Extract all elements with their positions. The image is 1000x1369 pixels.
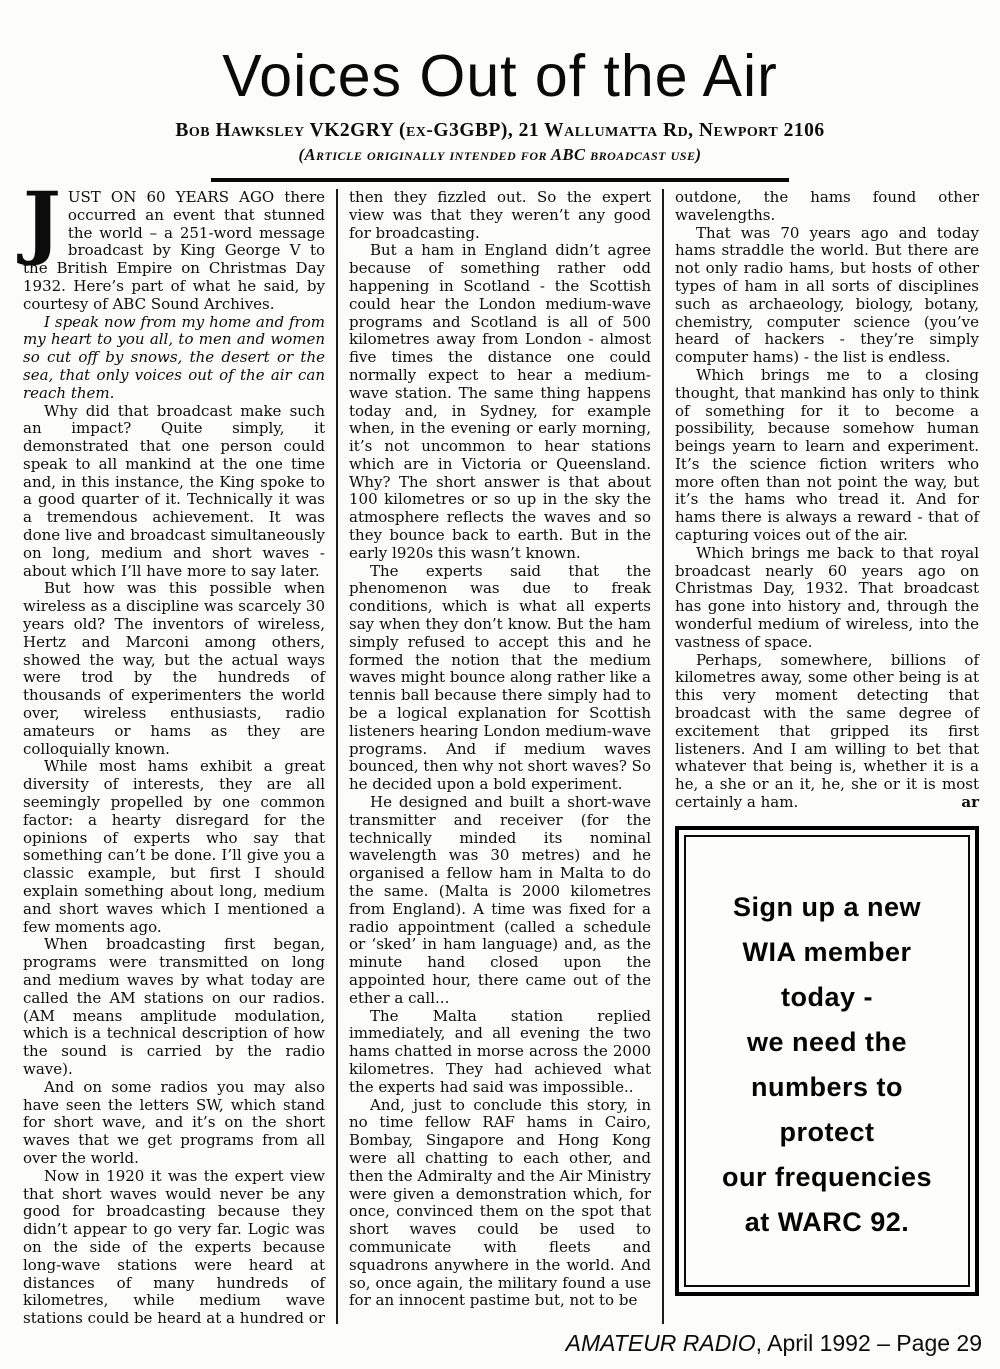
paragraph-text: UST ON 60 YEARS AGO there occurred an ev… (23, 188, 325, 313)
magazine-page: Voices Out of the Air Bob Hawksley VK2GR… (0, 0, 1000, 1369)
article-header: Voices Out of the Air Bob Hawksley VK2GR… (0, 0, 1000, 182)
paragraph: He designed and built a short-wave trans… (349, 794, 651, 1008)
article-body: JUST ON 60 YEARS AGO there occurred an e… (0, 182, 1000, 1324)
paragraph: JUST ON 60 YEARS AGO there occurred an e… (23, 189, 325, 314)
paragraph: But how was this possible when wireless … (23, 580, 325, 758)
end-of-article-marker: ar (940, 794, 979, 812)
paragraph: And, just to conclude this story, in no … (349, 1097, 651, 1311)
paragraph: The Malta station replied immediately, a… (349, 1008, 651, 1097)
page-footer: AMATEUR RADIO, April 1992 – Page 29 (0, 1324, 1000, 1369)
paragraph: That was 70 years ago and today hams str… (675, 225, 979, 367)
ad-line: numbers to (692, 1065, 962, 1110)
drop-cap: J (23, 192, 61, 258)
paragraph: Which brings me to a closing thought, th… (675, 367, 979, 545)
paragraph: Now in 1920 it was the expert view that … (23, 1168, 325, 1324)
paragraph: outdone, the hams found other wavelength… (675, 189, 979, 225)
ad-line: our frequencies (692, 1155, 962, 1200)
page-title: Voices Out of the Air (0, 46, 1000, 108)
ad-line: we need the (692, 1020, 962, 1065)
paragraph: While most hams exhibit a great diversit… (23, 758, 325, 936)
paragraph: And on some radios you may also have see… (23, 1079, 325, 1168)
ad-line: WIA member (692, 930, 962, 975)
footer-issue-page: , April 1992 – Page 29 (756, 1330, 982, 1356)
paragraph: Why did that broadcast make such an impa… (23, 403, 325, 581)
paragraph: then they fizzled out. So the expert vie… (349, 189, 651, 242)
paragraph-text: Perhaps, somewhere, billions of kilometr… (675, 651, 979, 811)
paragraph: Perhaps, somewhere, billions of kilometr… (675, 652, 979, 812)
paragraph: When broadcasting first began, programs … (23, 936, 325, 1078)
king-quote-paragraph: I speak now from my home and from my hea… (23, 314, 325, 403)
paragraph: The experts said that the phenomenon was… (349, 563, 651, 794)
paragraph: But a ham in England didn’t agree becaus… (349, 242, 651, 562)
ad-line: Sign up a new (692, 885, 962, 930)
paragraph: Which brings me back to that royal broad… (675, 545, 979, 652)
wia-ad-inner-border: Sign up a new WIA member today - we need… (684, 835, 970, 1287)
column-2: then they fizzled out. So the expert vie… (336, 189, 662, 1324)
magazine-name: AMATEUR RADIO (566, 1330, 756, 1356)
ad-line: protect (692, 1110, 962, 1155)
byline: Bob Hawksley VK2GRY (ex-G3GBP), 21 Wallu… (0, 120, 1000, 142)
column-1: JUST ON 60 YEARS AGO there occurred an e… (12, 189, 336, 1324)
ad-line: at WARC 92. (692, 1200, 962, 1245)
ad-line: today - (692, 975, 962, 1020)
column-3: outdone, the hams found other wavelength… (662, 189, 990, 1324)
byline-note: (Article originally intended for ABC bro… (0, 145, 1000, 165)
wia-ad-box: Sign up a new WIA member today - we need… (675, 826, 979, 1296)
